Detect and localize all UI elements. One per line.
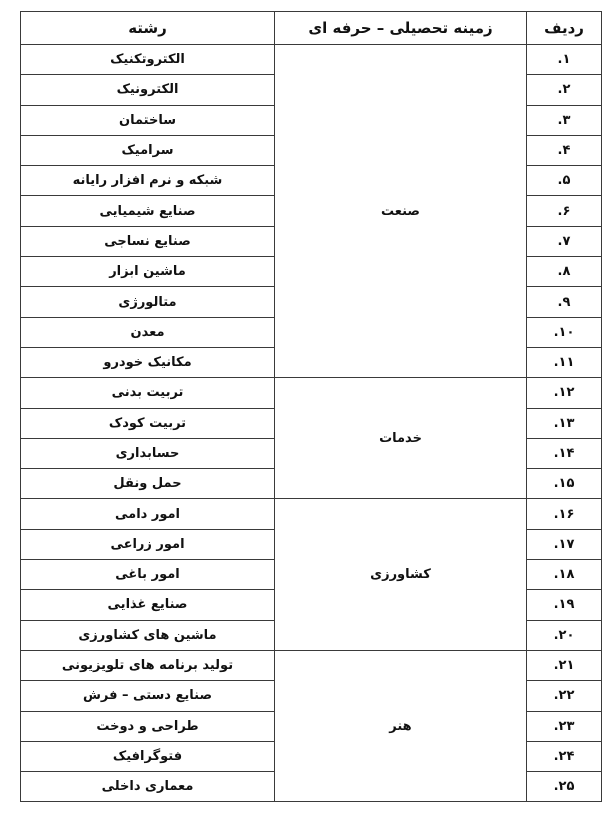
table-row: ۱۲.خدماتتربیت بدنی	[21, 378, 602, 408]
row-number: ۱۸.	[527, 560, 602, 590]
field-group-cell: صنعت	[275, 45, 527, 378]
major-cell: صنایع غذایی	[21, 590, 275, 620]
major-cell: حمل ونقل	[21, 469, 275, 499]
major-cell: صنایع نساجی	[21, 226, 275, 256]
major-cell: صنایع دستی – فرش	[21, 681, 275, 711]
major-cell: الکترونیک	[21, 75, 275, 105]
major-cell: متالورژی	[21, 287, 275, 317]
header-row-number: ردیف	[527, 12, 602, 45]
field-group-cell: کشاورزی	[275, 499, 527, 650]
major-cell: ساختمان	[21, 105, 275, 135]
row-number: ۱۴.	[527, 438, 602, 468]
major-cell: ماشین ابزار	[21, 257, 275, 287]
major-cell: سرامیک	[21, 135, 275, 165]
row-number: ۲۳.	[527, 711, 602, 741]
row-number: ۱.	[527, 45, 602, 75]
row-number: ۵.	[527, 166, 602, 196]
field-group-cell: خدمات	[275, 378, 527, 499]
major-cell: حسابداری	[21, 438, 275, 468]
row-number: ۲.	[527, 75, 602, 105]
row-number: ۷.	[527, 226, 602, 256]
major-cell: طراحی و دوخت	[21, 711, 275, 741]
major-cell: صنایع شیمیایی	[21, 196, 275, 226]
major-cell: الکتروتکنیک	[21, 45, 275, 75]
row-number: ۱۱.	[527, 347, 602, 377]
row-number: ۸.	[527, 257, 602, 287]
row-number: ۴.	[527, 135, 602, 165]
row-number: ۲۵.	[527, 772, 602, 802]
row-number: ۱۳.	[527, 408, 602, 438]
table-row: ۲۱.هنرتولید برنامه های تلویزیونی	[21, 650, 602, 680]
major-cell: امور زراعی	[21, 529, 275, 559]
major-cell: مکانیک خودرو	[21, 347, 275, 377]
table-body: ۱.صنعتالکتروتکنیک۲.الکترونیک۳.ساختمان۴.س…	[21, 45, 602, 802]
row-number: ۱۲.	[527, 378, 602, 408]
major-cell: فتوگرافیک	[21, 741, 275, 771]
field-group-cell: هنر	[275, 650, 527, 801]
table-row: ۱۶.کشاورزیامور دامی	[21, 499, 602, 529]
row-number: ۲۰.	[527, 620, 602, 650]
major-cell: ماشین های کشاورزی	[21, 620, 275, 650]
header-field: زمینه تحصیلی – حرفه ای	[275, 12, 527, 45]
majors-table: ردیف زمینه تحصیلی – حرفه ای رشته ۱.صنعتا…	[20, 11, 602, 802]
row-number: ۱۶.	[527, 499, 602, 529]
major-cell: تولید برنامه های تلویزیونی	[21, 650, 275, 680]
row-number: ۶.	[527, 196, 602, 226]
row-number: ۱۵.	[527, 469, 602, 499]
row-number: ۲۴.	[527, 741, 602, 771]
major-cell: تربیت کودک	[21, 408, 275, 438]
header-row: ردیف زمینه تحصیلی – حرفه ای رشته	[21, 12, 602, 45]
table-row: ۱.صنعتالکتروتکنیک	[21, 45, 602, 75]
row-number: ۳.	[527, 105, 602, 135]
row-number: ۲۲.	[527, 681, 602, 711]
row-number: ۱۷.	[527, 529, 602, 559]
header-major: رشته	[21, 12, 275, 45]
major-cell: شبکه و نرم افزار رایانه	[21, 166, 275, 196]
major-cell: معدن	[21, 317, 275, 347]
row-number: ۱۹.	[527, 590, 602, 620]
row-number: ۹.	[527, 287, 602, 317]
major-cell: امور باغی	[21, 560, 275, 590]
major-cell: تربیت بدنی	[21, 378, 275, 408]
row-number: ۱۰.	[527, 317, 602, 347]
major-cell: امور دامی	[21, 499, 275, 529]
row-number: ۲۱.	[527, 650, 602, 680]
major-cell: معماری داخلی	[21, 772, 275, 802]
